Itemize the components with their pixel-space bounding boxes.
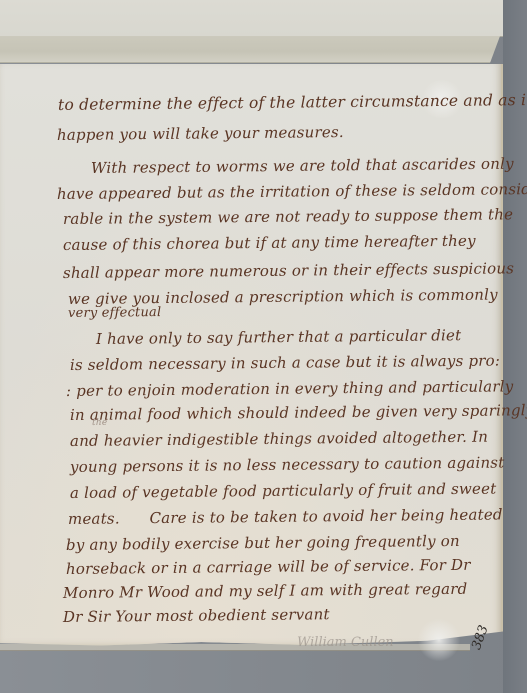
letter-line: in animal food which should indeed be gi… — [70, 401, 527, 424]
letter-line: meats. Care is to be taken to avoid her … — [68, 505, 503, 528]
letter-line: young persons it is no less necessary to… — [70, 453, 505, 476]
letter-line: have appeared but as the irritation of t… — [57, 180, 527, 203]
letter-line: to determine the effect of the latter ci… — [58, 91, 527, 114]
letter-line: Monro Mr Wood and my self I am with grea… — [63, 580, 468, 602]
letter-line: very effectual — [68, 305, 161, 321]
letter-line: a load of vegetable food particularly of… — [70, 480, 497, 502]
letter-text: to determine the effect of the latter ci… — [0, 0, 527, 693]
interlinear-insertion: the — [92, 418, 107, 428]
document-viewer: to determine the effect of the latter ci… — [0, 0, 527, 693]
letter-line: rable in the system we are not ready to … — [63, 205, 513, 228]
letter-line: shall appear more numerous or in their e… — [63, 259, 514, 282]
letter-line: I have only to say further that a partic… — [96, 326, 461, 348]
letter-line: With respect to worms we are told that a… — [91, 155, 514, 177]
letter-line: cause of this chorea but if at any time … — [63, 232, 476, 254]
letter-line: is seldom necessary in such a case but i… — [70, 351, 500, 374]
letter-line: Dr Sir Your most obedient servant — [63, 605, 330, 626]
letter-line: happen you will take your measures. — [57, 123, 344, 144]
letter-line: and heavier indigestible things avoided … — [70, 428, 488, 450]
letter-line: horseback or in a carriage will be of se… — [66, 556, 471, 578]
letter-line: : per to enjoin moderation in every thin… — [66, 377, 514, 400]
signature: William Cullen — [297, 635, 394, 650]
letter-line: by any bodily exercise but her going fre… — [66, 532, 460, 554]
